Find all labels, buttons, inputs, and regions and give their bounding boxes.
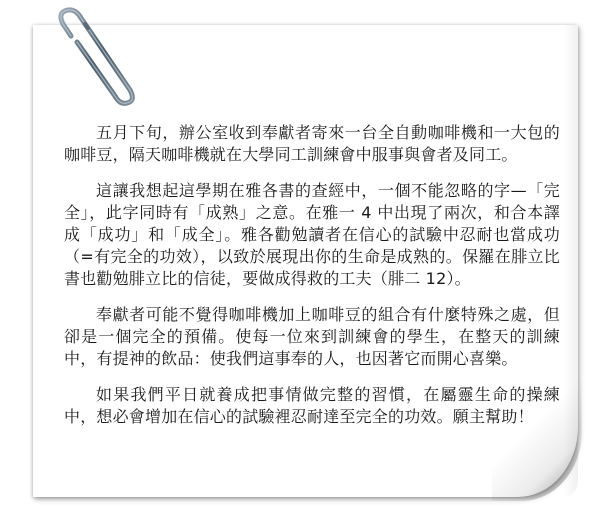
paragraph-4: 如果我們平日就養成把事情做完整的習慣，在屬靈生命的操練中，想必會增加在信心的試驗…: [64, 384, 560, 428]
paragraph-2: 這讓我想起這學期在雅各書的查經中，一個不能忽略的字—「完全」，此字同時有「成熟」…: [64, 180, 560, 290]
document-body: 五月下旬，辦公室收到奉獻者寄來一台全自動咖啡機和一大包的咖啡豆，隔天咖啡機就在大…: [64, 122, 560, 442]
paragraph-1: 五月下旬，辦公室收到奉獻者寄來一台全自動咖啡機和一大包的咖啡豆，隔天咖啡機就在大…: [64, 122, 560, 166]
paperclip-icon: [44, 6, 144, 106]
paragraph-3: 奉獻者可能不覺得咖啡機加上咖啡豆的組合有什麼特殊之處，但卻是一個完全的預備。使每…: [64, 304, 560, 370]
